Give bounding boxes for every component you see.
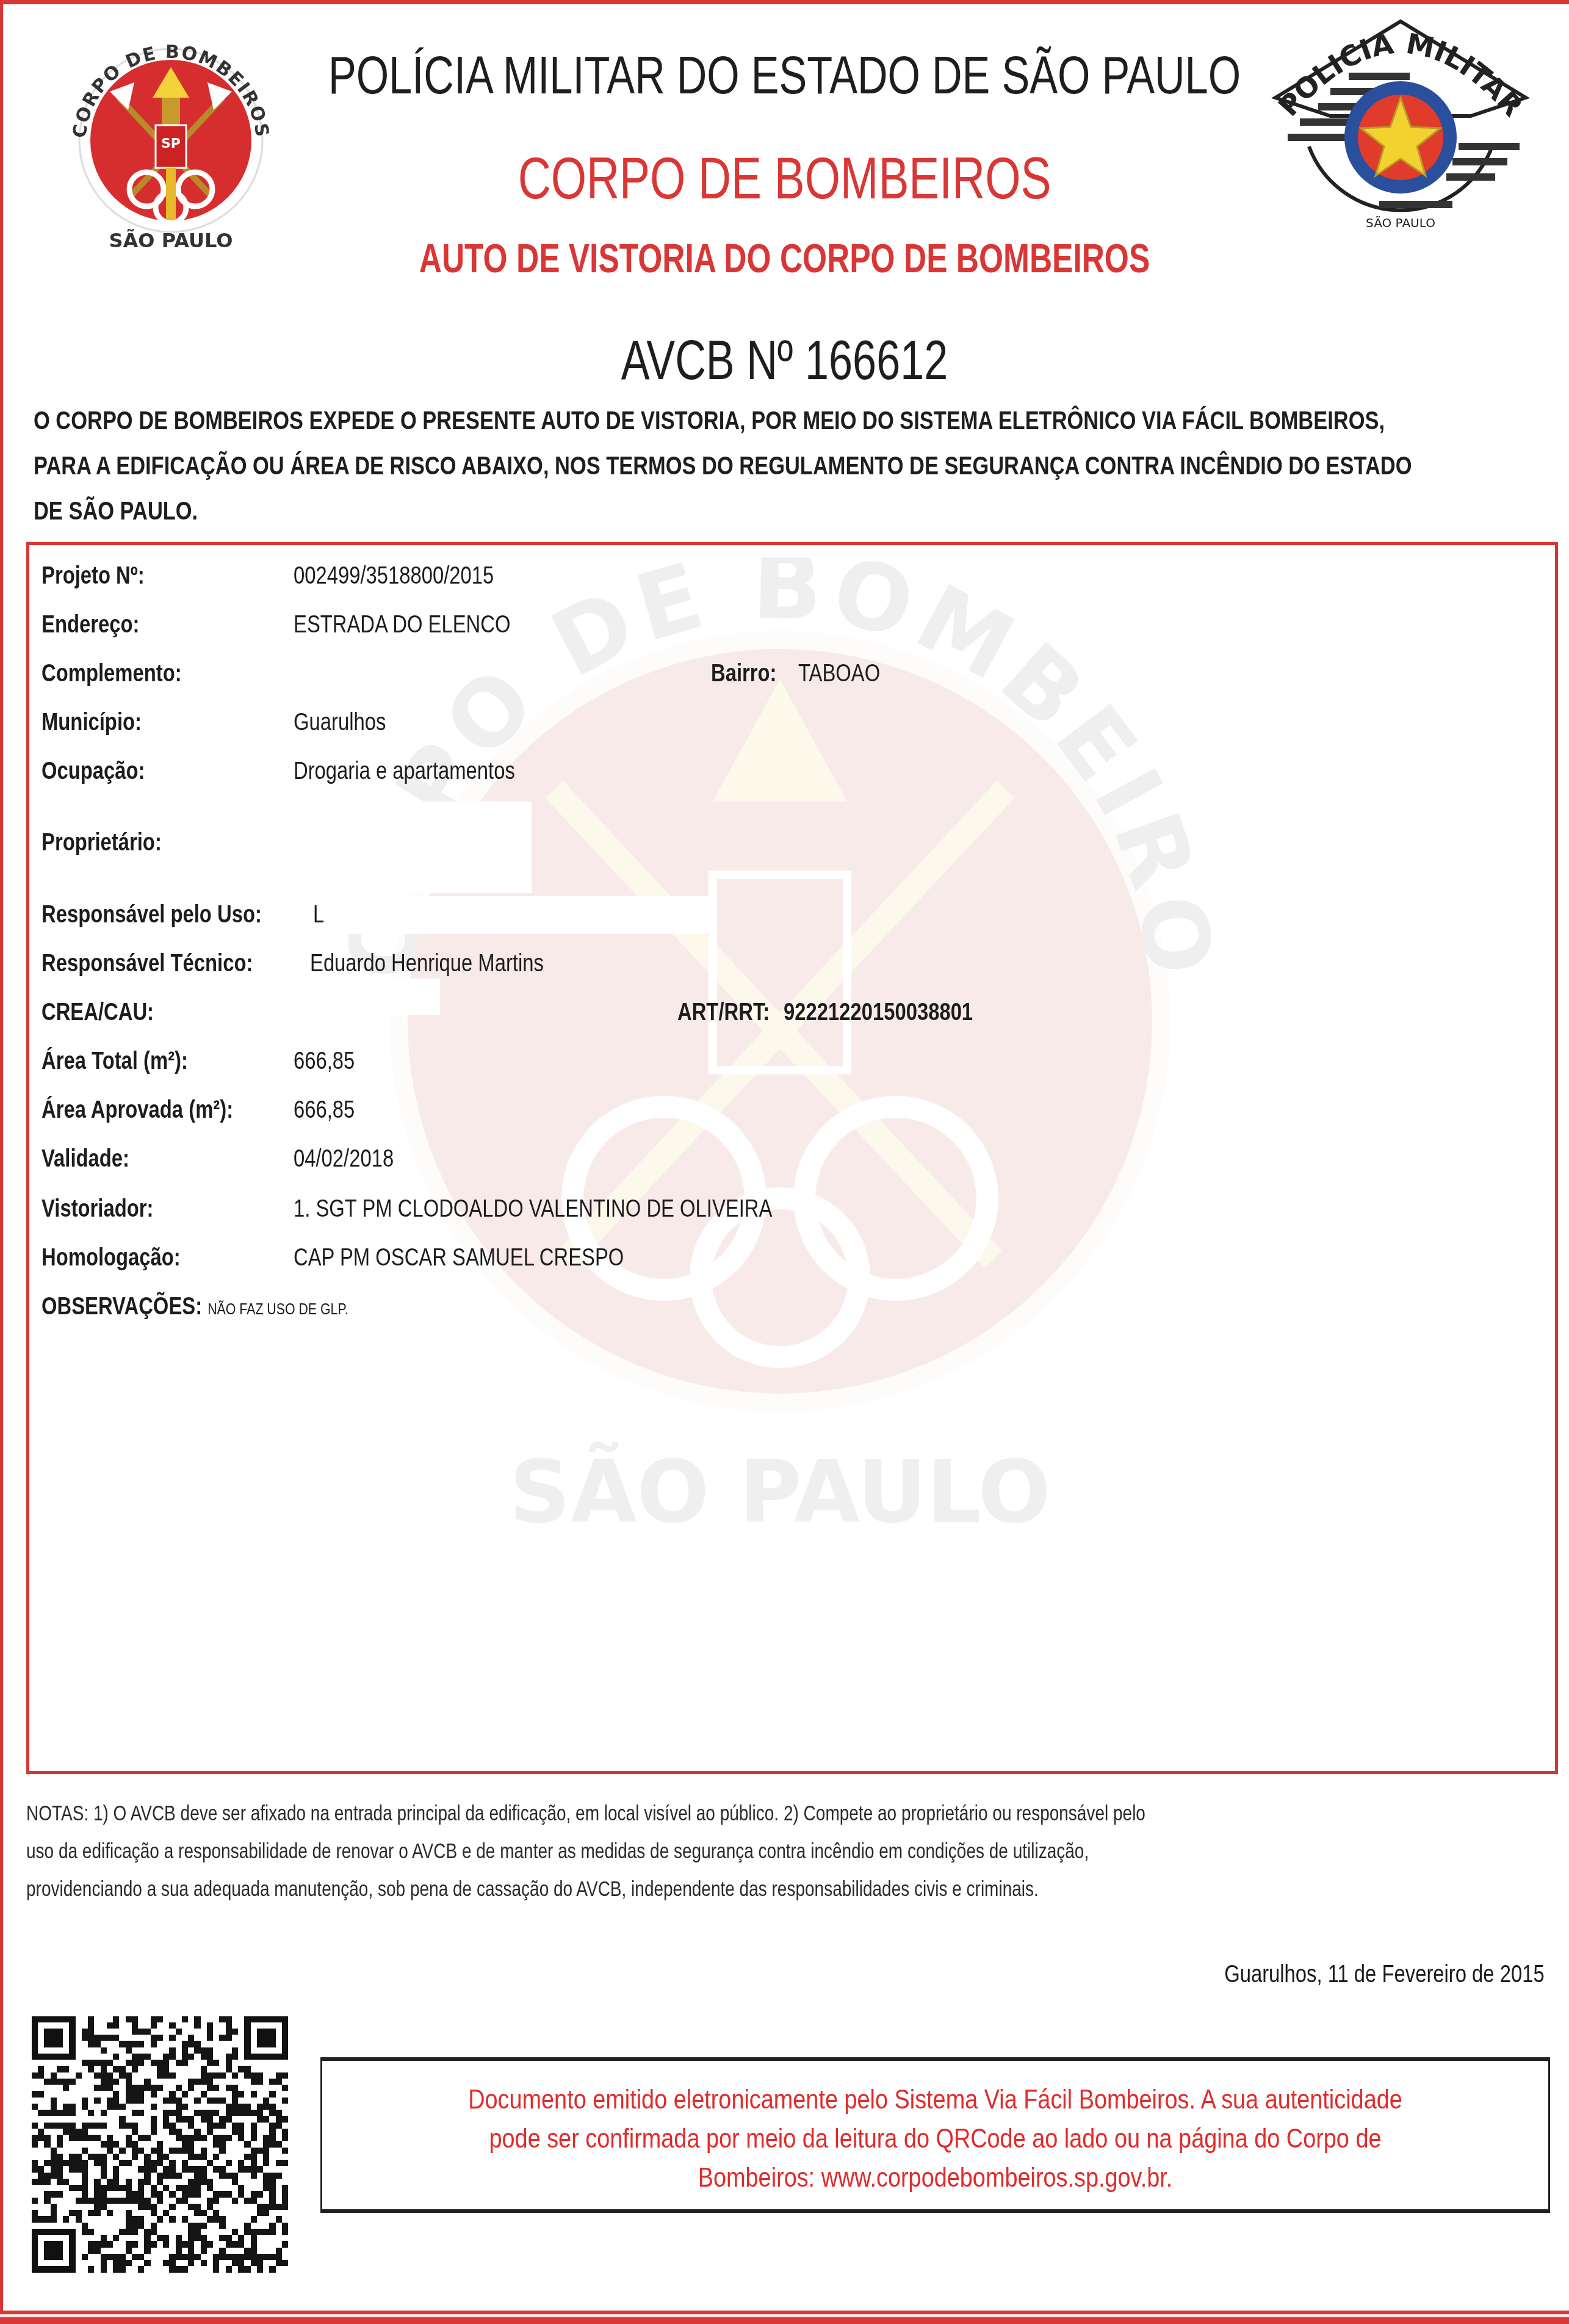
field-projeto: Projeto Nº: [41,562,145,590]
bottom-border [0,2311,1569,2324]
police-title: POLÍCIA MILITAR DO ESTADO DE SÃO PAULO [173,44,1396,106]
intro-paragraph: O CORPO DE BOMBEIROS EXPEDE O PRESENTE A… [34,398,1547,534]
field-complemento: Complemento: [41,660,182,687]
field-ocupacao: Ocupação: [41,758,145,785]
field-responsavel-tecnico: Responsável Técnico: [41,950,253,977]
authenticity-line: Documento emitido eletronicamente pelo S… [408,2080,1463,2119]
responsavel-tecnico-value: Eduardo Henrique Martins [310,950,544,977]
field-homologacao: Homologação: [41,1244,181,1272]
field-validade: Validade: [41,1145,129,1173]
municipio-value: Guarulhos [294,709,386,736]
intro-line: DE SÃO PAULO. [34,488,1275,534]
vistoriador-value: 1. SGT PM CLODOALDO VALENTINO DE OLIVEIR… [294,1195,772,1223]
issue-date: Guarulhos, 11 de Fevereiro de 2015 [1224,1961,1545,1988]
intro-line: O CORPO DE BOMBEIROS EXPEDE O PRESENTE A… [34,398,1275,443]
intro-line: PARA A EDIFICAÇÃO OU ÁREA DE RISCO ABAIX… [34,443,1275,488]
homologacao-value: CAP PM OSCAR SAMUEL CRESPO [294,1244,624,1272]
area-aprovada-value: 666,85 [294,1096,355,1124]
bairro-value: TABOAO [798,660,880,687]
field-vistoriador: Vistoriador: [41,1195,153,1223]
field-art-rrt: ART/RRT: [677,999,770,1026]
certificate-number: AVCB Nº 166612 [173,330,1396,393]
redaction-block [294,802,532,893]
authenticity-line: Bombeiros: www.corpodebombeiros.sp.gov.b… [408,2159,1463,2198]
field-crea-cau: CREA/CAU: [41,999,154,1026]
svg-text:SÃO PAULO: SÃO PAULO [1366,215,1435,230]
inspection-details-box: CORPO DE BOMBEIROS SÃO PAULO Projeto Nº:… [26,542,1558,1774]
field-area-aprovada: Área Aprovada (m²): [41,1096,233,1124]
authenticity-line: pode ser confirmada por meio da leitura … [408,2119,1463,2159]
responsavel-uso-value: L [313,901,324,929]
area-total-value: 666,85 [294,1048,355,1075]
field-endereco: Endereço: [41,611,139,639]
validade-value: 04/02/2018 [294,1145,394,1173]
notes-line: providenciando a sua adequada manutenção… [26,1870,1252,1908]
redaction-block [294,979,440,1015]
endereco-value: ESTRADA DO ELENCO [294,611,510,639]
corps-title: CORPO DE BOMBEIROS [173,145,1396,212]
projeto-value: 002499/3518800/2015 [294,562,494,590]
svg-text:SÃO PAULO: SÃO PAULO [509,1441,1051,1543]
observacoes-value: NÃO FAZ USO DE GLP. [207,1300,348,1318]
notes-line: NOTAS: 1) O AVCB deve ser afixado na ent… [26,1795,1252,1833]
field-bairro: Bairro: [711,660,777,687]
redaction-block [326,896,717,934]
notes-line: uso da edificação a responsabilidade de … [26,1833,1252,1870]
qr-code-icon[interactable] [32,2014,288,2274]
field-area-total: Área Total (m²): [41,1048,188,1075]
art-rrt-value: 92221220150038801 [784,999,973,1026]
notes-paragraph: NOTAS: 1) O AVCB deve ser afixado na ent… [26,1795,1558,1908]
field-observacoes: OBSERVAÇÕES: NÃO FAZ USO DE GLP. [41,1293,348,1320]
document-subtitle: AUTO DE VISTORIA DO CORPO DE BOMBEIROS [173,235,1396,281]
authenticity-notice: Documento emitido eletronicamente pelo S… [320,2057,1550,2213]
field-proprietario: Proprietário: [41,829,162,856]
bombeiros-watermark-icon: CORPO DE BOMBEIROS SÃO PAULO [322,557,1238,1595]
field-municipio: Município: [41,709,142,736]
field-responsavel-uso: Responsável pelo Uso: [41,901,262,929]
ocupacao-value: Drogaria e apartamentos [294,758,515,785]
